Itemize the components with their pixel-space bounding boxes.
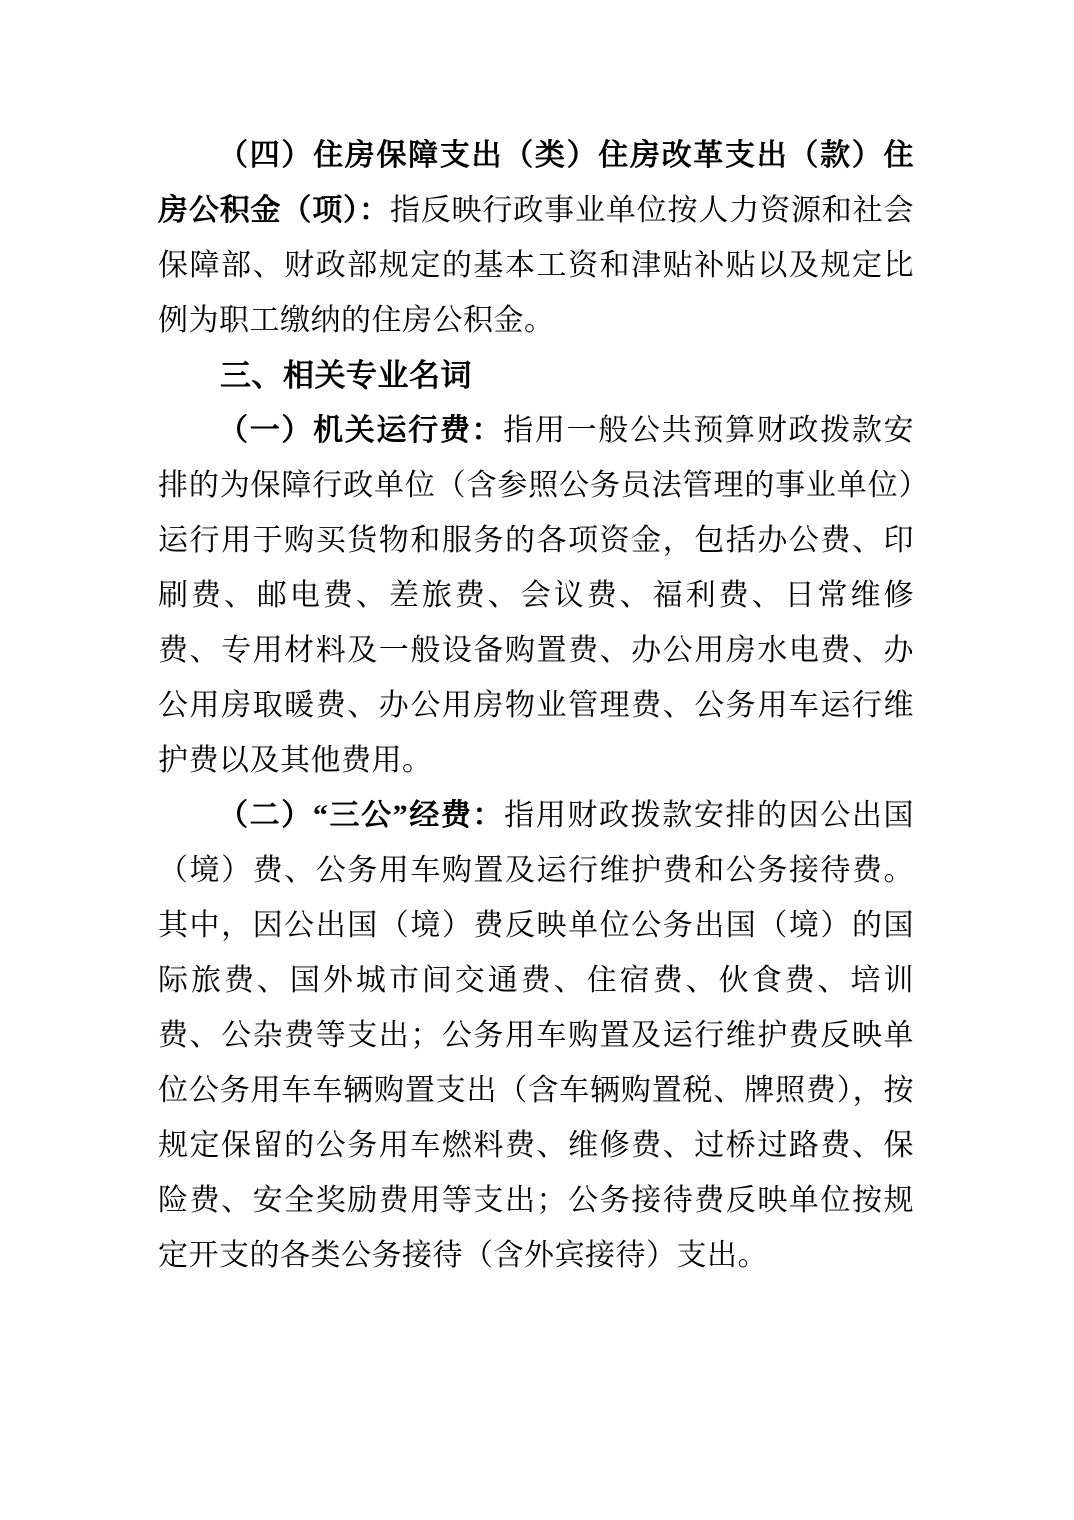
paragraph-lead-agency-operating: （一）机关运行费：: [218, 414, 503, 447]
paragraph-agency-operating-expenses: （一）机关运行费：指用一般公共预算财政拨款安排的为保障行政单位（含参照公务员法管…: [158, 403, 914, 788]
document-page: （四）住房保障支出（类）住房改革支出（款）住房公积金（项）：指反映行政事业单位按…: [0, 0, 1074, 1520]
paragraph-three-public-funds: （二）“三公”经费：指用财政拨款安排的因公出国（境）费、公务用车购置及运行维护费…: [158, 788, 914, 1283]
document-content: （四）住房保障支出（类）住房改革支出（款）住房公积金（项）：指反映行政事业单位按…: [158, 128, 914, 1283]
section-heading-related-terms: 三、相关专业名词: [158, 348, 914, 403]
paragraph-lead-three-public: （二）“三公”经费：: [218, 799, 504, 832]
paragraph-body-three-public: 指用财政拨款安排的因公出国（境）费、公务用车购置及运行维护费和公务接待费。其中，…: [158, 799, 914, 1272]
paragraph-body-agency-operating: 指用一般公共预算财政拨款安排的为保障行政单位（含参照公务员法管理的事业单位）运行…: [158, 414, 914, 777]
paragraph-housing-security-expenditure: （四）住房保障支出（类）住房改革支出（款）住房公积金（项）：指反映行政事业单位按…: [158, 128, 914, 348]
